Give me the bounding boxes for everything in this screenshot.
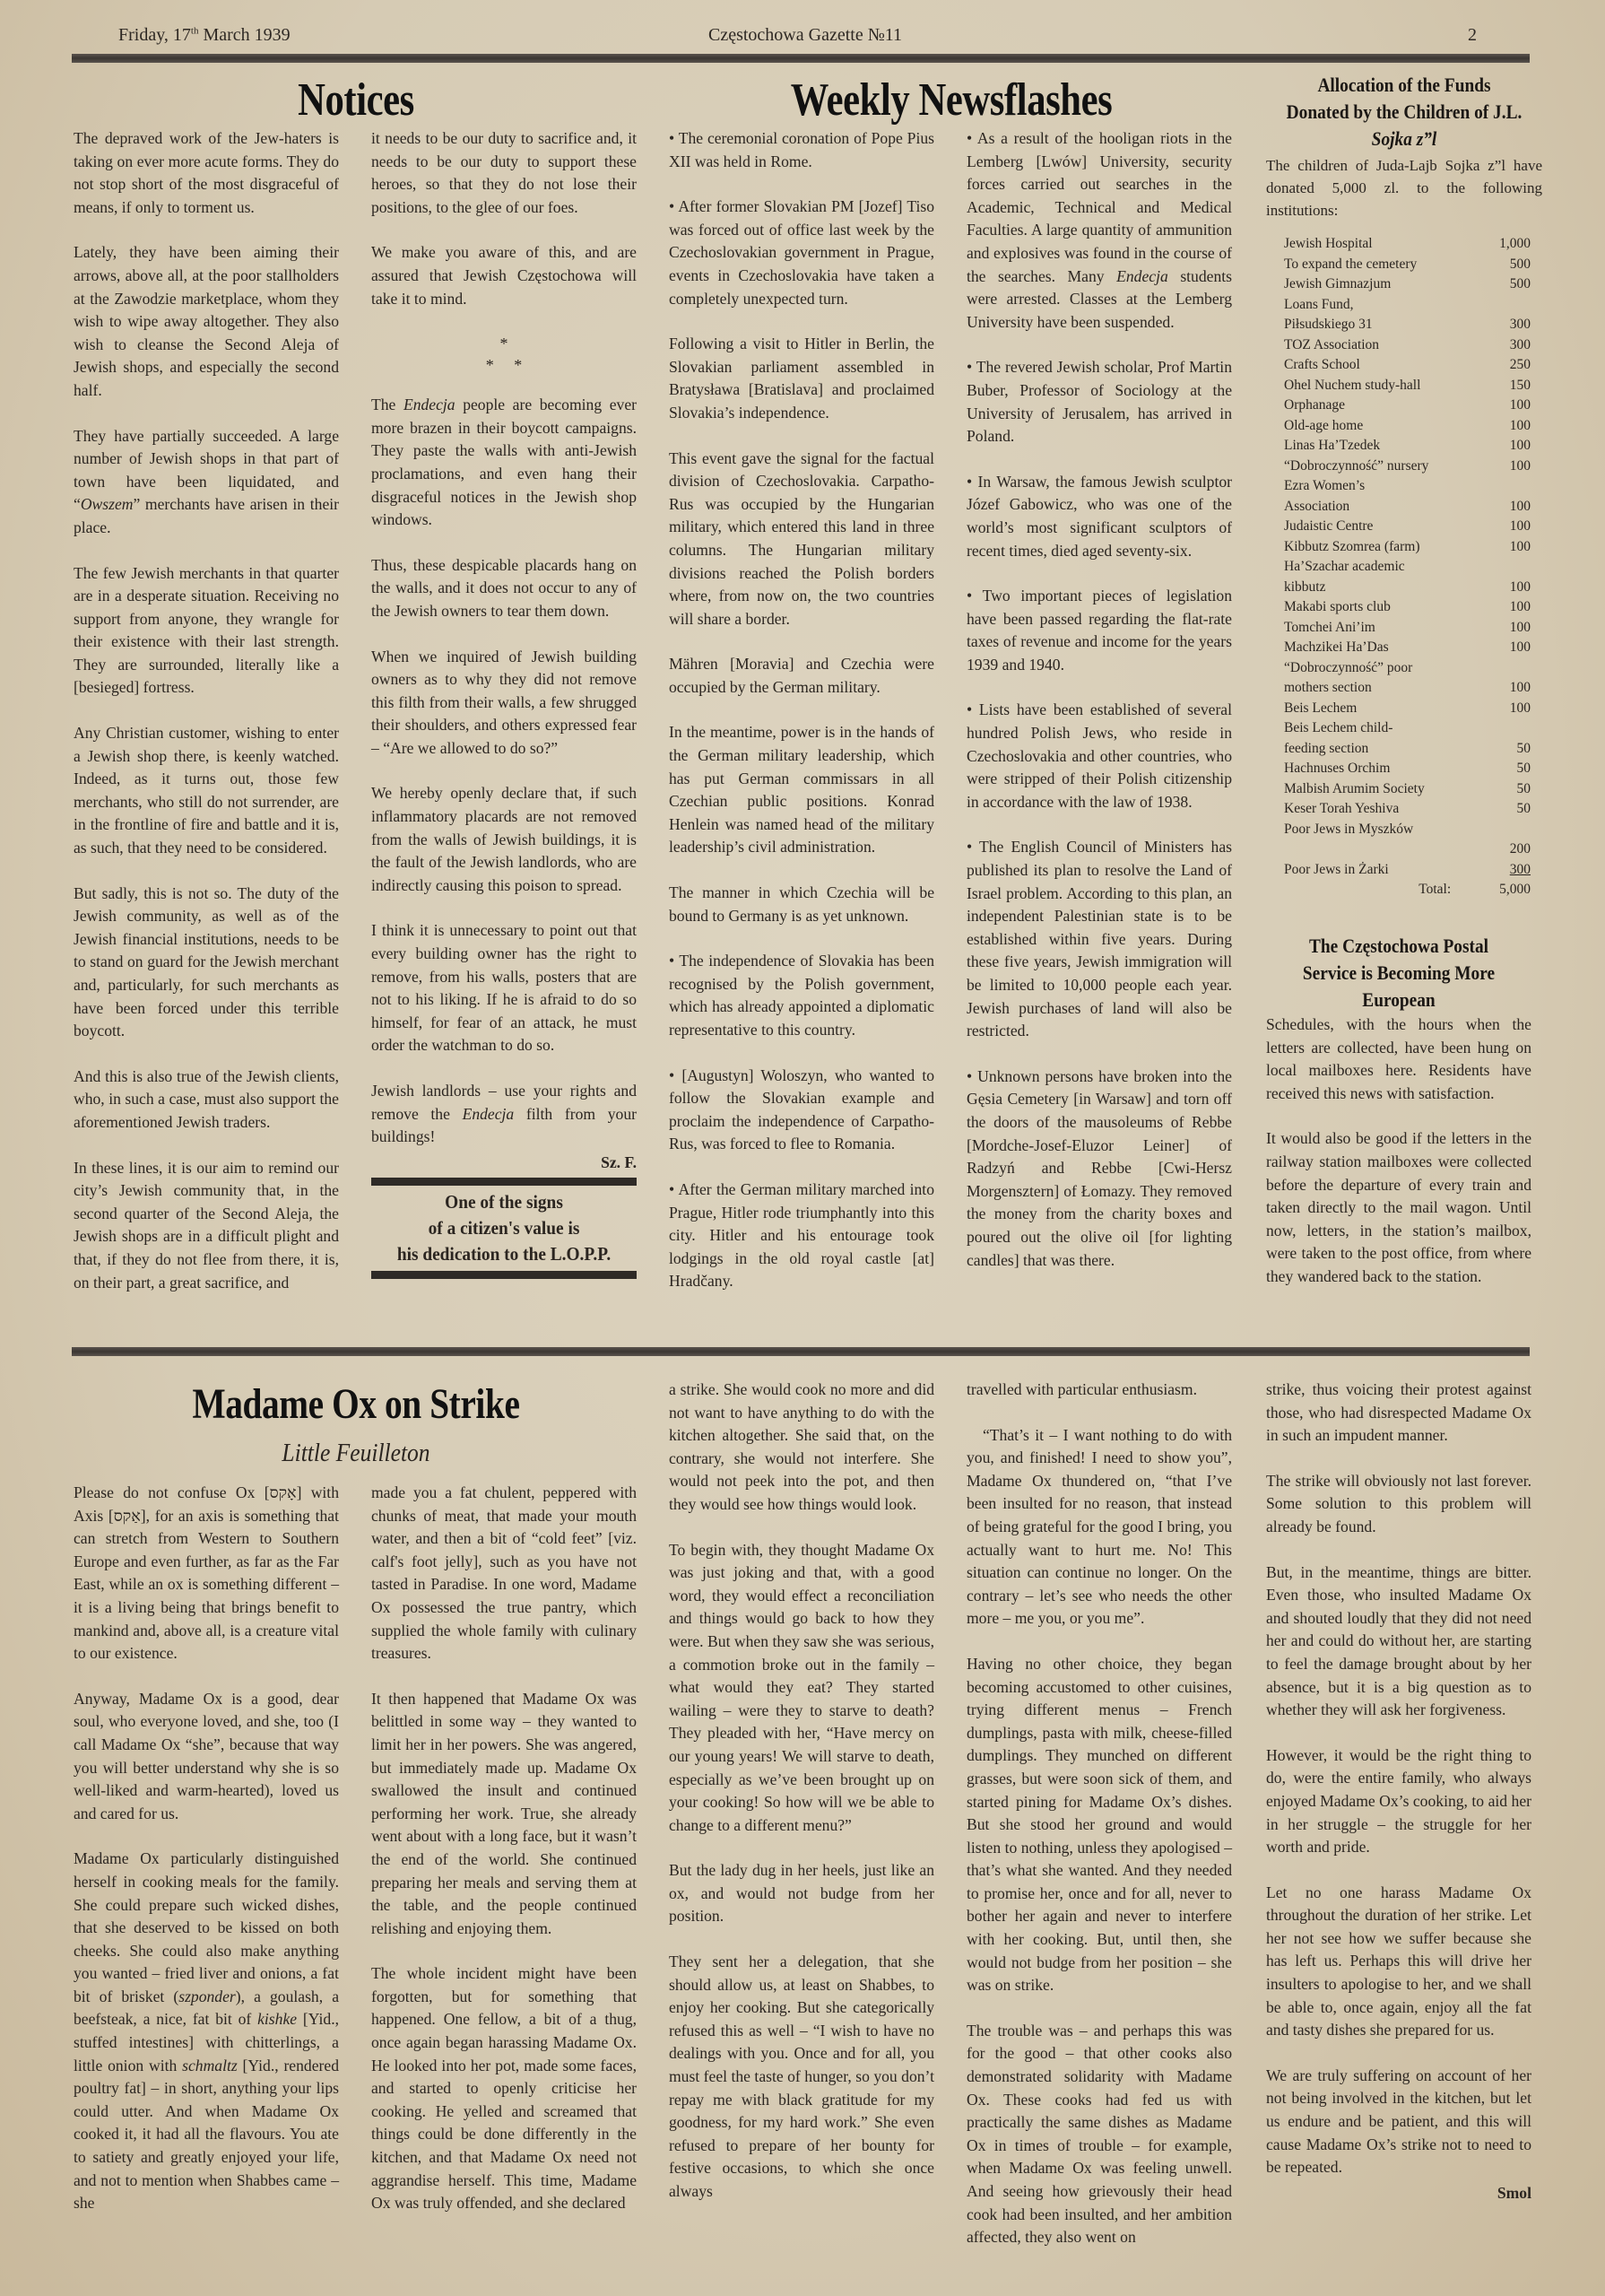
fund-institution: Ohel Nuchem study-hall: [1284, 376, 1487, 396]
news-item: • Two important pieces of legislation ha…: [967, 585, 1232, 676]
fund-row: Beis Lechem child-: [1284, 718, 1531, 739]
fund-institution: “Dobroczynność” poor: [1284, 658, 1487, 679]
newsflashes-col-2: • As a result of the hooligan riots in t…: [967, 127, 1232, 1294]
lopp-line: One of the signs: [385, 1189, 623, 1215]
fund-amount: [1487, 295, 1531, 316]
fund-amount: 100: [1487, 457, 1531, 477]
fund-amount: 50: [1487, 739, 1531, 760]
fund-amount: [1487, 658, 1531, 679]
feuilleton-title: Madame Ox on Strike: [125, 1379, 588, 1429]
news-item: • In Warsaw, the famous Jewish sculptor …: [967, 471, 1232, 562]
notices-signature: Sz. F.: [371, 1152, 637, 1175]
feuilleton-paragraph: strike, thus voicing their protest again…: [1266, 1378, 1531, 1448]
fund-amount: [1487, 476, 1531, 497]
fund-amount: 100: [1487, 699, 1531, 719]
news-item: • As a result of the hooligan riots in t…: [967, 127, 1232, 334]
postal-section: The Częstochowa PostalService is Becomin…: [1266, 933, 1531, 1311]
fund-row: TOZ Association300: [1284, 335, 1531, 356]
fund-institution: mothers section: [1284, 678, 1487, 699]
fund-institution: To expand the cemetery: [1284, 255, 1487, 275]
feuilleton-paragraph: It then happened that Madame Ox was beli…: [371, 1688, 637, 1941]
news-item: • Lists have been established of several…: [967, 699, 1232, 813]
fund-amount: 100: [1487, 416, 1531, 437]
funds-title: Allocation of the FundsDonated by the Ch…: [1282, 72, 1525, 152]
fund-institution: Judaistic Centre: [1284, 517, 1487, 537]
feuilleton-paragraph: Madame Ox particularly distinguished her…: [74, 1848, 339, 2215]
fund-amount: 100: [1487, 537, 1531, 558]
fund-institution: Makabi sports club: [1284, 597, 1487, 618]
fund-amount: 300: [1487, 335, 1531, 356]
fund-amount: 100: [1487, 597, 1531, 618]
news-item: • The ceremonial coronation of Pope Pius…: [669, 127, 934, 173]
postal-paragraph: Schedules, with the hours when the lette…: [1266, 1013, 1531, 1105]
newsflashes-col-1: • The ceremonial coronation of Pope Pius…: [669, 127, 934, 1316]
fund-amount: 200: [1487, 839, 1531, 860]
fund-row: Association100: [1284, 497, 1531, 517]
notice-paragraph: Lately, they have been aiming their arro…: [74, 241, 339, 402]
fund-row: feeding section50: [1284, 739, 1531, 760]
fund-row: kibbutz100: [1284, 578, 1531, 598]
header-rule: [72, 54, 1530, 63]
news-item: • Unknown persons have broken into the G…: [967, 1065, 1232, 1272]
fund-institution: Poor Jews in Myszków: [1284, 820, 1487, 840]
notice-paragraph: Thus, these despicable placards hang on …: [371, 554, 637, 623]
fund-institution: Beis Lechem child-: [1284, 718, 1487, 739]
notices-col-2: it needs to be our duty to sacrifice and…: [371, 127, 637, 1283]
fund-institution: Ha’Szachar academic: [1284, 557, 1487, 578]
publication-name: Częstochowa Gazette №11: [708, 25, 902, 46]
feuilleton-paragraph: However, it would be the right thing to …: [1266, 1744, 1531, 1859]
fund-amount: 250: [1487, 355, 1531, 376]
fund-institution: kibbutz: [1284, 578, 1487, 598]
fund-institution: Association: [1284, 497, 1487, 517]
fund-row: “Dobroczynność” poor: [1284, 658, 1531, 679]
lopp-box-rule-top: [371, 1178, 637, 1186]
fund-amount: 100: [1487, 497, 1531, 517]
feuilleton-paragraph: The strike will obviously not last forev…: [1266, 1470, 1531, 1539]
fund-amount: [1487, 557, 1531, 578]
news-item: • [Augustyn] Woloszyn, who wanted to fol…: [669, 1065, 934, 1156]
feuilleton-paragraph: But, in the meantime, things are bitter.…: [1266, 1561, 1531, 1722]
fund-amount: 100: [1487, 396, 1531, 416]
feuilleton-paragraph: But the lady dug in her heels, just like…: [669, 1859, 934, 1928]
notice-paragraph: The depraved work of the Jew-haters is t…: [74, 127, 339, 219]
fund-row: Ezra Women’s: [1284, 476, 1531, 497]
news-item: In the meantime, power is in the hands o…: [669, 721, 934, 859]
fund-row: Piłsudskiego 31300: [1284, 315, 1531, 335]
fund-row: mothers section100: [1284, 678, 1531, 699]
notice-paragraph: In these lines, it is our aim to remind …: [74, 1157, 339, 1295]
notice-paragraph: Jewish landlords – use your rights and r…: [371, 1080, 637, 1149]
fund-institution: Jewish Gimnazjum: [1284, 274, 1487, 295]
fund-amount: 100: [1487, 678, 1531, 699]
fund-row: Malbish Arumim Society50: [1284, 779, 1531, 800]
news-item: • After the German military marched into…: [669, 1178, 934, 1293]
feuilleton-paragraph: “That’s it – I want nothing to do with y…: [967, 1424, 1232, 1631]
notice-paragraph: I think it is unnecessary to point out t…: [371, 919, 637, 1057]
fund-institution: Malbish Arumim Society: [1284, 779, 1487, 800]
feuilleton-paragraph: a strike. She would cook no more and did…: [669, 1378, 934, 1517]
fund-amount: 100: [1487, 436, 1531, 457]
fund-amount: [1487, 820, 1531, 840]
feuilleton-paragraph: made you a fat chulent, peppered with ch…: [371, 1482, 637, 1665]
fund-amount: 50: [1487, 799, 1531, 820]
feuilleton-paragraph: travelled with particular enthusiasm.: [967, 1378, 1232, 1402]
fund-row: Tomchei Ani’im100: [1284, 618, 1531, 639]
notices-title: Notices: [125, 74, 588, 126]
notice-paragraph: And this is also true of the Jewish clie…: [74, 1065, 339, 1135]
newsflashes-title: Weekly Newsflashes: [720, 74, 1184, 126]
fund-amount: 150: [1487, 376, 1531, 396]
feuilleton-paragraph: The trouble was – and perhaps this was f…: [967, 2020, 1232, 2249]
postal-body: Schedules, with the hours when the lette…: [1266, 1013, 1531, 1289]
fund-amount: 300: [1487, 860, 1531, 881]
fund-row: Machzikei Ha’Das100: [1284, 638, 1531, 658]
fund-row: To expand the cemetery500: [1284, 255, 1531, 275]
notice-paragraph: But sadly, this is not so. The duty of t…: [74, 883, 339, 1043]
fund-institution: Ezra Women’s: [1284, 476, 1487, 497]
fund-row: Poor Jews in Żarki300: [1284, 860, 1531, 881]
notice-paragraph: We hereby openly declare that, if such i…: [371, 782, 637, 897]
section-rule: [72, 1347, 1530, 1356]
fund-institution: feeding section: [1284, 739, 1487, 760]
fund-row: Ohel Nuchem study-hall150: [1284, 376, 1531, 396]
fund-row: Ha’Szachar academic: [1284, 557, 1531, 578]
fund-institution: Piłsudskiego 31: [1284, 315, 1487, 335]
news-item: This event gave the signal for the factu…: [669, 448, 934, 631]
funds-section: Allocation of the FundsDonated by the Ch…: [1266, 72, 1542, 900]
news-item: • The independence of Slovakia has been …: [669, 950, 934, 1041]
fund-amount: 300: [1487, 315, 1531, 335]
funds-intro: The children of Juda-Lajb Sojka z”l have…: [1266, 154, 1542, 222]
lopp-line: his dedication to the L.O.P.P.: [385, 1241, 623, 1267]
fund-institution: Machzikei Ha’Das: [1284, 638, 1487, 658]
feuilleton-paragraph: Having no other choice, they began becom…: [967, 1653, 1232, 1997]
news-item: The manner in which Czechia will be boun…: [669, 882, 934, 927]
fund-amount: 100: [1487, 578, 1531, 598]
fund-amount: 50: [1487, 759, 1531, 779]
feuilleton-paragraph: To begin with, they thought Madame Ox wa…: [669, 1539, 934, 1838]
fund-row: Hachnuses Orchim50: [1284, 759, 1531, 779]
page-number: 2: [1468, 25, 1477, 46]
fund-institution: Tomchei Ani’im: [1284, 618, 1487, 639]
fund-total-label: Total:: [1284, 880, 1487, 900]
feuilleton-paragraph: Anyway, Madame Ox is a good, dear soul, …: [74, 1688, 339, 1826]
feuilleton-signature: Smol: [1266, 2182, 1531, 2205]
fund-row: Kibbutz Szomrea (farm)100: [1284, 537, 1531, 558]
notices-col-1: The depraved work of the Jew-haters is t…: [74, 127, 339, 1317]
fund-amount: 100: [1487, 638, 1531, 658]
news-item: • After former Slovakian PM [Jozef] Tiso…: [669, 196, 934, 310]
fund-institution: Old-age home: [1284, 416, 1487, 437]
notice-paragraph: The Endecja people are becoming ever mor…: [371, 394, 637, 532]
fund-amount: [1487, 718, 1531, 739]
fund-institution: Hachnuses Orchim: [1284, 759, 1487, 779]
postal-title: The Częstochowa PostalService is Becomin…: [1282, 933, 1515, 1013]
news-item: Following a visit to Hitler in Berlin, t…: [669, 333, 934, 424]
fund-row: “Dobroczynność” nursery100: [1284, 457, 1531, 477]
feuilleton-col-1: Please do not confuse Ox [אָקס] with Axi…: [74, 1482, 339, 2238]
fund-row: Linas Ha’Tzedek100: [1284, 436, 1531, 457]
fund-institution: Crafts School: [1284, 355, 1487, 376]
notice-paragraph: Any Christian customer, wishing to enter…: [74, 722, 339, 860]
fund-amount: 500: [1487, 255, 1531, 275]
fund-amount: 500: [1487, 274, 1531, 295]
fund-row: Keser Torah Yeshiva50: [1284, 799, 1531, 820]
section-divider-stars: ** *: [371, 333, 637, 376]
lopp-line: of a citizen's value is: [385, 1215, 623, 1241]
fund-institution: Jewish Hospital: [1284, 234, 1487, 255]
fund-row: Old-age home100: [1284, 416, 1531, 437]
fund-row: Beis Lechem100: [1284, 699, 1531, 719]
fund-institution: “Dobroczynność” nursery: [1284, 457, 1487, 477]
feuilleton-subtitle: Little Feuilleton: [108, 1439, 604, 1468]
fund-row: Makabi sports club100: [1284, 597, 1531, 618]
fund-institution: Orphanage: [1284, 396, 1487, 416]
fund-total-value: 5,000: [1487, 880, 1531, 900]
fund-institution: [1284, 839, 1487, 860]
fund-row: 200: [1284, 839, 1531, 860]
notice-paragraph: When we inquired of Jewish building owne…: [371, 646, 637, 761]
fund-row: Judaistic Centre100: [1284, 517, 1531, 537]
fund-row: Poor Jews in Myszków: [1284, 820, 1531, 840]
feuilleton-paragraph: We are truly suffering on account of her…: [1266, 2065, 1531, 2179]
fund-institution: Keser Torah Yeshiva: [1284, 799, 1487, 820]
fund-amount: 1,000: [1487, 234, 1531, 255]
fund-institution: Beis Lechem: [1284, 699, 1487, 719]
fund-total-row: Total:5,000: [1284, 880, 1531, 900]
notice-paragraph: They have partially succeeded. A large n…: [74, 425, 339, 540]
feuilleton-col-5: strike, thus voicing their protest again…: [1266, 1378, 1531, 2205]
news-item: • The revered Jewish scholar, Prof Marti…: [967, 356, 1232, 448]
feuilleton-col-4: travelled with particular enthusiasm.“Th…: [967, 1378, 1232, 2272]
fund-row: Loans Fund,: [1284, 295, 1531, 316]
fund-institution: Linas Ha’Tzedek: [1284, 436, 1487, 457]
fund-institution: Poor Jews in Żarki: [1284, 860, 1487, 881]
fund-amount: 100: [1487, 618, 1531, 639]
feuilleton-paragraph: Please do not confuse Ox [אָקס] with Axi…: [74, 1482, 339, 1665]
postal-paragraph: It would also be good if the letters in …: [1266, 1127, 1531, 1288]
news-item: • The English Council of Ministers has p…: [967, 836, 1232, 1042]
feuilleton-col-3: a strike. She would cook no more and did…: [669, 1378, 934, 2226]
fund-row: Crafts School250: [1284, 355, 1531, 376]
fund-amount: 50: [1487, 779, 1531, 800]
news-item: Mähren [Moravia] and Czechia were occupi…: [669, 653, 934, 699]
fund-institution: TOZ Association: [1284, 335, 1487, 356]
fund-row: Jewish Hospital1,000: [1284, 234, 1531, 255]
issue-date: Friday, 17th March 1939: [118, 25, 291, 46]
lopp-box-rule-bottom: [371, 1271, 637, 1279]
fund-row: Jewish Gimnazjum500: [1284, 274, 1531, 295]
funds-table: Jewish Hospital1,000To expand the cemete…: [1284, 234, 1531, 900]
feuilleton-paragraph: They sent her a delegation, that she sho…: [669, 1951, 934, 2204]
feuilleton-col-2: made you a fat chulent, peppered with ch…: [371, 1482, 637, 2238]
feuilleton-paragraph: The whole incident might have been forgo…: [371, 1962, 637, 2215]
fund-institution: Loans Fund,: [1284, 295, 1487, 316]
fund-institution: Kibbutz Szomrea (farm): [1284, 537, 1487, 558]
notice-paragraph: The few Jewish merchants in that quarter…: [74, 562, 339, 700]
notice-paragraph: We make you aware of this, and are assur…: [371, 241, 637, 310]
notice-paragraph: it needs to be our duty to sacrifice and…: [371, 127, 637, 219]
fund-amount: 100: [1487, 517, 1531, 537]
feuilleton-paragraph: Let no one harass Madame Ox throughout t…: [1266, 1882, 1531, 2042]
lopp-slogan-box: One of the signs of a citizen's value is…: [371, 1189, 637, 1267]
fund-row: Orphanage100: [1284, 396, 1531, 416]
